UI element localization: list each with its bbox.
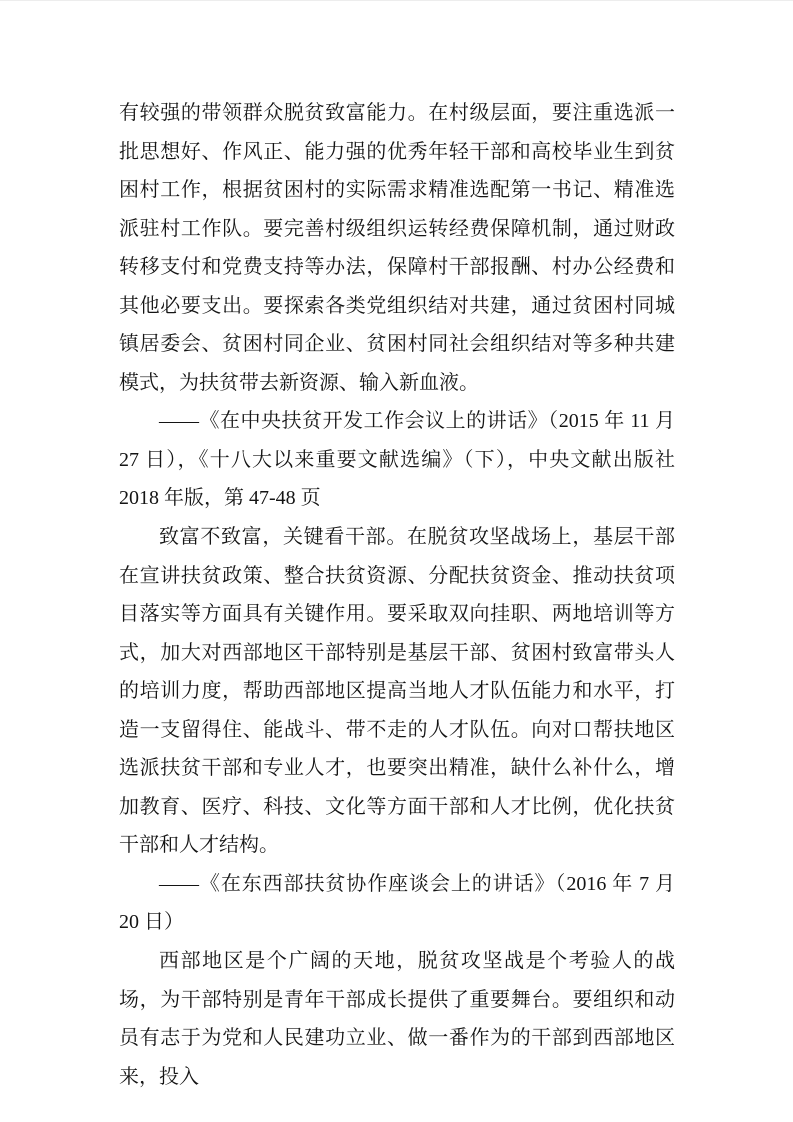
paragraph-body-continuation: 有较强的带领群众脱贫致富能力。在村级层面，要注重选派一批思想好、作风正、能力强的… [119, 94, 675, 402]
citation-east-west-poverty-symposium: ——《在东西部扶贫协作座谈会上的讲话》（2016 年 7 月 20 日） [119, 865, 675, 942]
citation-central-poverty-alleviation-conference: ——《在中央扶贫开发工作会议上的讲话》（2015 年 11 月 27 日），《十… [119, 402, 675, 518]
document-page: 有较强的带领群众脱贫致富能力。在村级层面，要注重选派一批思想好、作风正、能力强的… [0, 0, 793, 1122]
paragraph-western-region: 西部地区是个广阔的天地，脱贫攻坚战是个考验人的战场，为干部特别是青年干部成长提供… [119, 942, 675, 1096]
page-top-edge [0, 0, 793, 1]
paragraph-cadres-key: 致富不致富，关键看干部。在脱贫攻坚战场上，基层干部在宣讲扶贫政策、整合扶贫资源、… [119, 518, 675, 865]
text-block: 有较强的带领群众脱贫致富能力。在村级层面，要注重选派一批思想好、作风正、能力强的… [119, 94, 675, 1096]
